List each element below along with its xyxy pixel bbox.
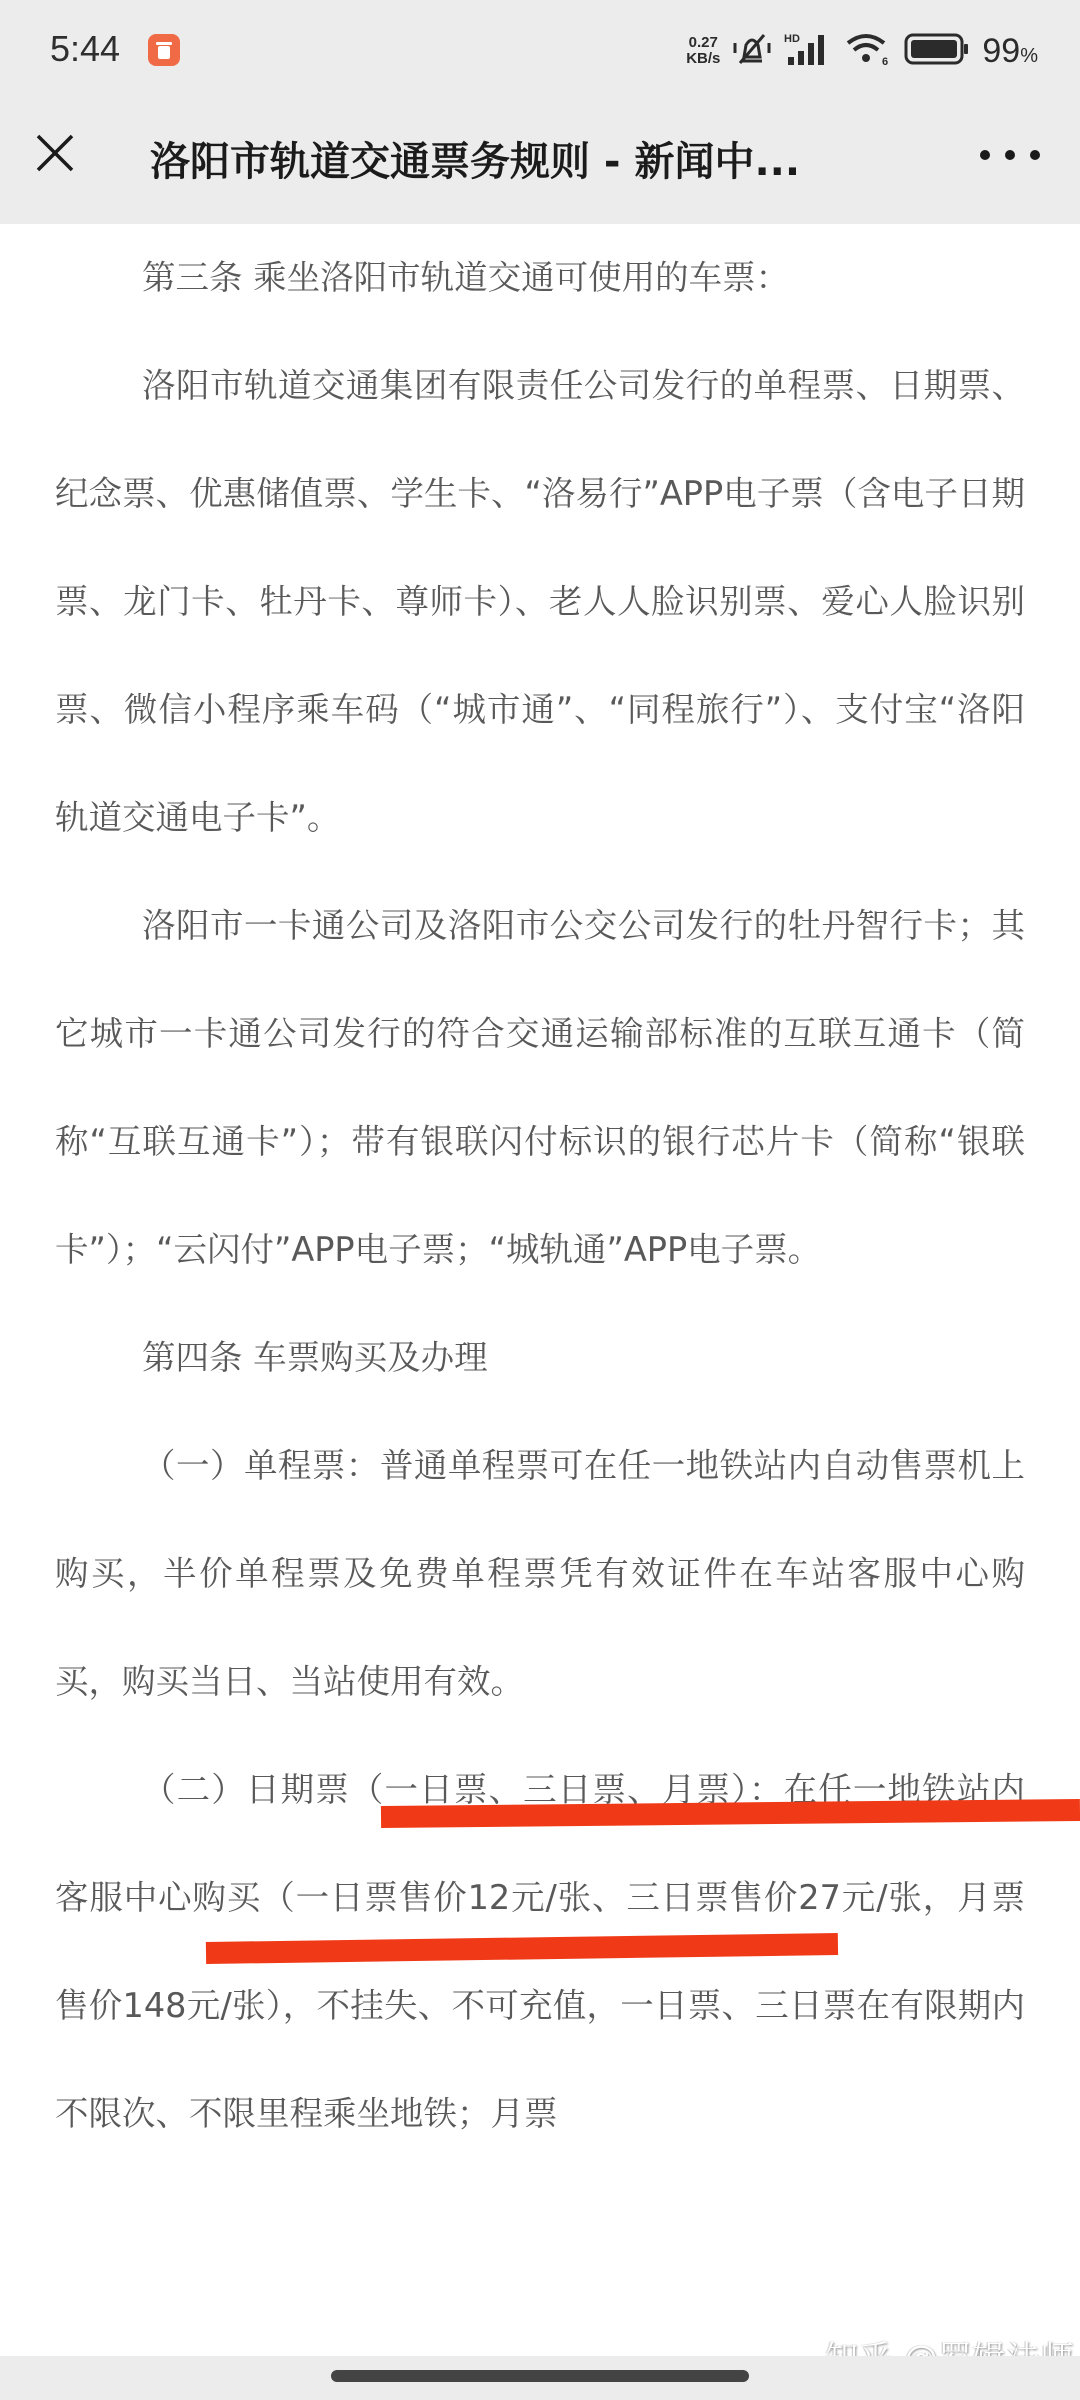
svg-text:HD: HD xyxy=(784,33,800,45)
wifi-6-icon: 6 xyxy=(844,31,892,71)
status-icons: 0.27 KB/s HD 6 99% xyxy=(686,28,1038,74)
app-bar: 洛阳市轨道交通票务规则 - 新闻中... xyxy=(0,100,1080,224)
hd-signal-icon: HD xyxy=(784,31,832,71)
home-gesture-handle[interactable] xyxy=(331,2370,749,2382)
close-icon xyxy=(30,128,80,178)
article-paragraph: 第三条 乘坐洛阳市轨道交通可使用的车票： xyxy=(55,224,1025,332)
battery-icon xyxy=(904,32,970,70)
more-horizontal-icon xyxy=(1005,150,1015,160)
net-speed-value: 0.27 xyxy=(686,35,720,51)
net-speed: 0.27 KB/s xyxy=(686,35,720,67)
article-paragraph: （一）单程票：普通单程票可在任一地铁站内自动售票机上购买，半价单程票及免费单程票… xyxy=(55,1412,1025,1736)
svg-text:6: 6 xyxy=(882,56,888,67)
more-horizontal-icon xyxy=(1030,150,1040,160)
status-time: 5:44 xyxy=(50,28,120,70)
article-paragraph: 洛阳市一卡通公司及洛阳市公交公司发行的牡丹智行卡；其它城市一卡通公司发行的符合交… xyxy=(55,872,1025,1304)
trash-app-icon xyxy=(148,34,180,66)
net-speed-unit: KB/s xyxy=(686,51,720,67)
more-horizontal-icon xyxy=(980,150,990,160)
vibrate-off-icon xyxy=(732,31,772,71)
close-button[interactable] xyxy=(30,128,80,178)
battery-percent-sign: % xyxy=(1020,45,1038,67)
status-bar: 5:44 0.27 KB/s HD 6 99% xyxy=(0,0,1080,100)
article-paragraph: 洛阳市轨道交通集团有限责任公司发行的单程票、日期票、纪念票、优惠储值票、学生卡、… xyxy=(55,332,1025,872)
battery-percent-value: 99 xyxy=(982,32,1020,70)
page-title: 洛阳市轨道交通票务规则 - 新闻中... xyxy=(150,130,890,187)
article-paragraph: 第四条 车票购买及办理 xyxy=(55,1304,1025,1412)
article-body: 第三条 乘坐洛阳市轨道交通可使用的车票： 洛阳市轨道交通集团有限责任公司发行的单… xyxy=(55,224,1025,2168)
system-nav-bar xyxy=(0,2356,1080,2400)
battery-percent: 99% xyxy=(982,32,1038,71)
more-button[interactable] xyxy=(980,140,1040,170)
